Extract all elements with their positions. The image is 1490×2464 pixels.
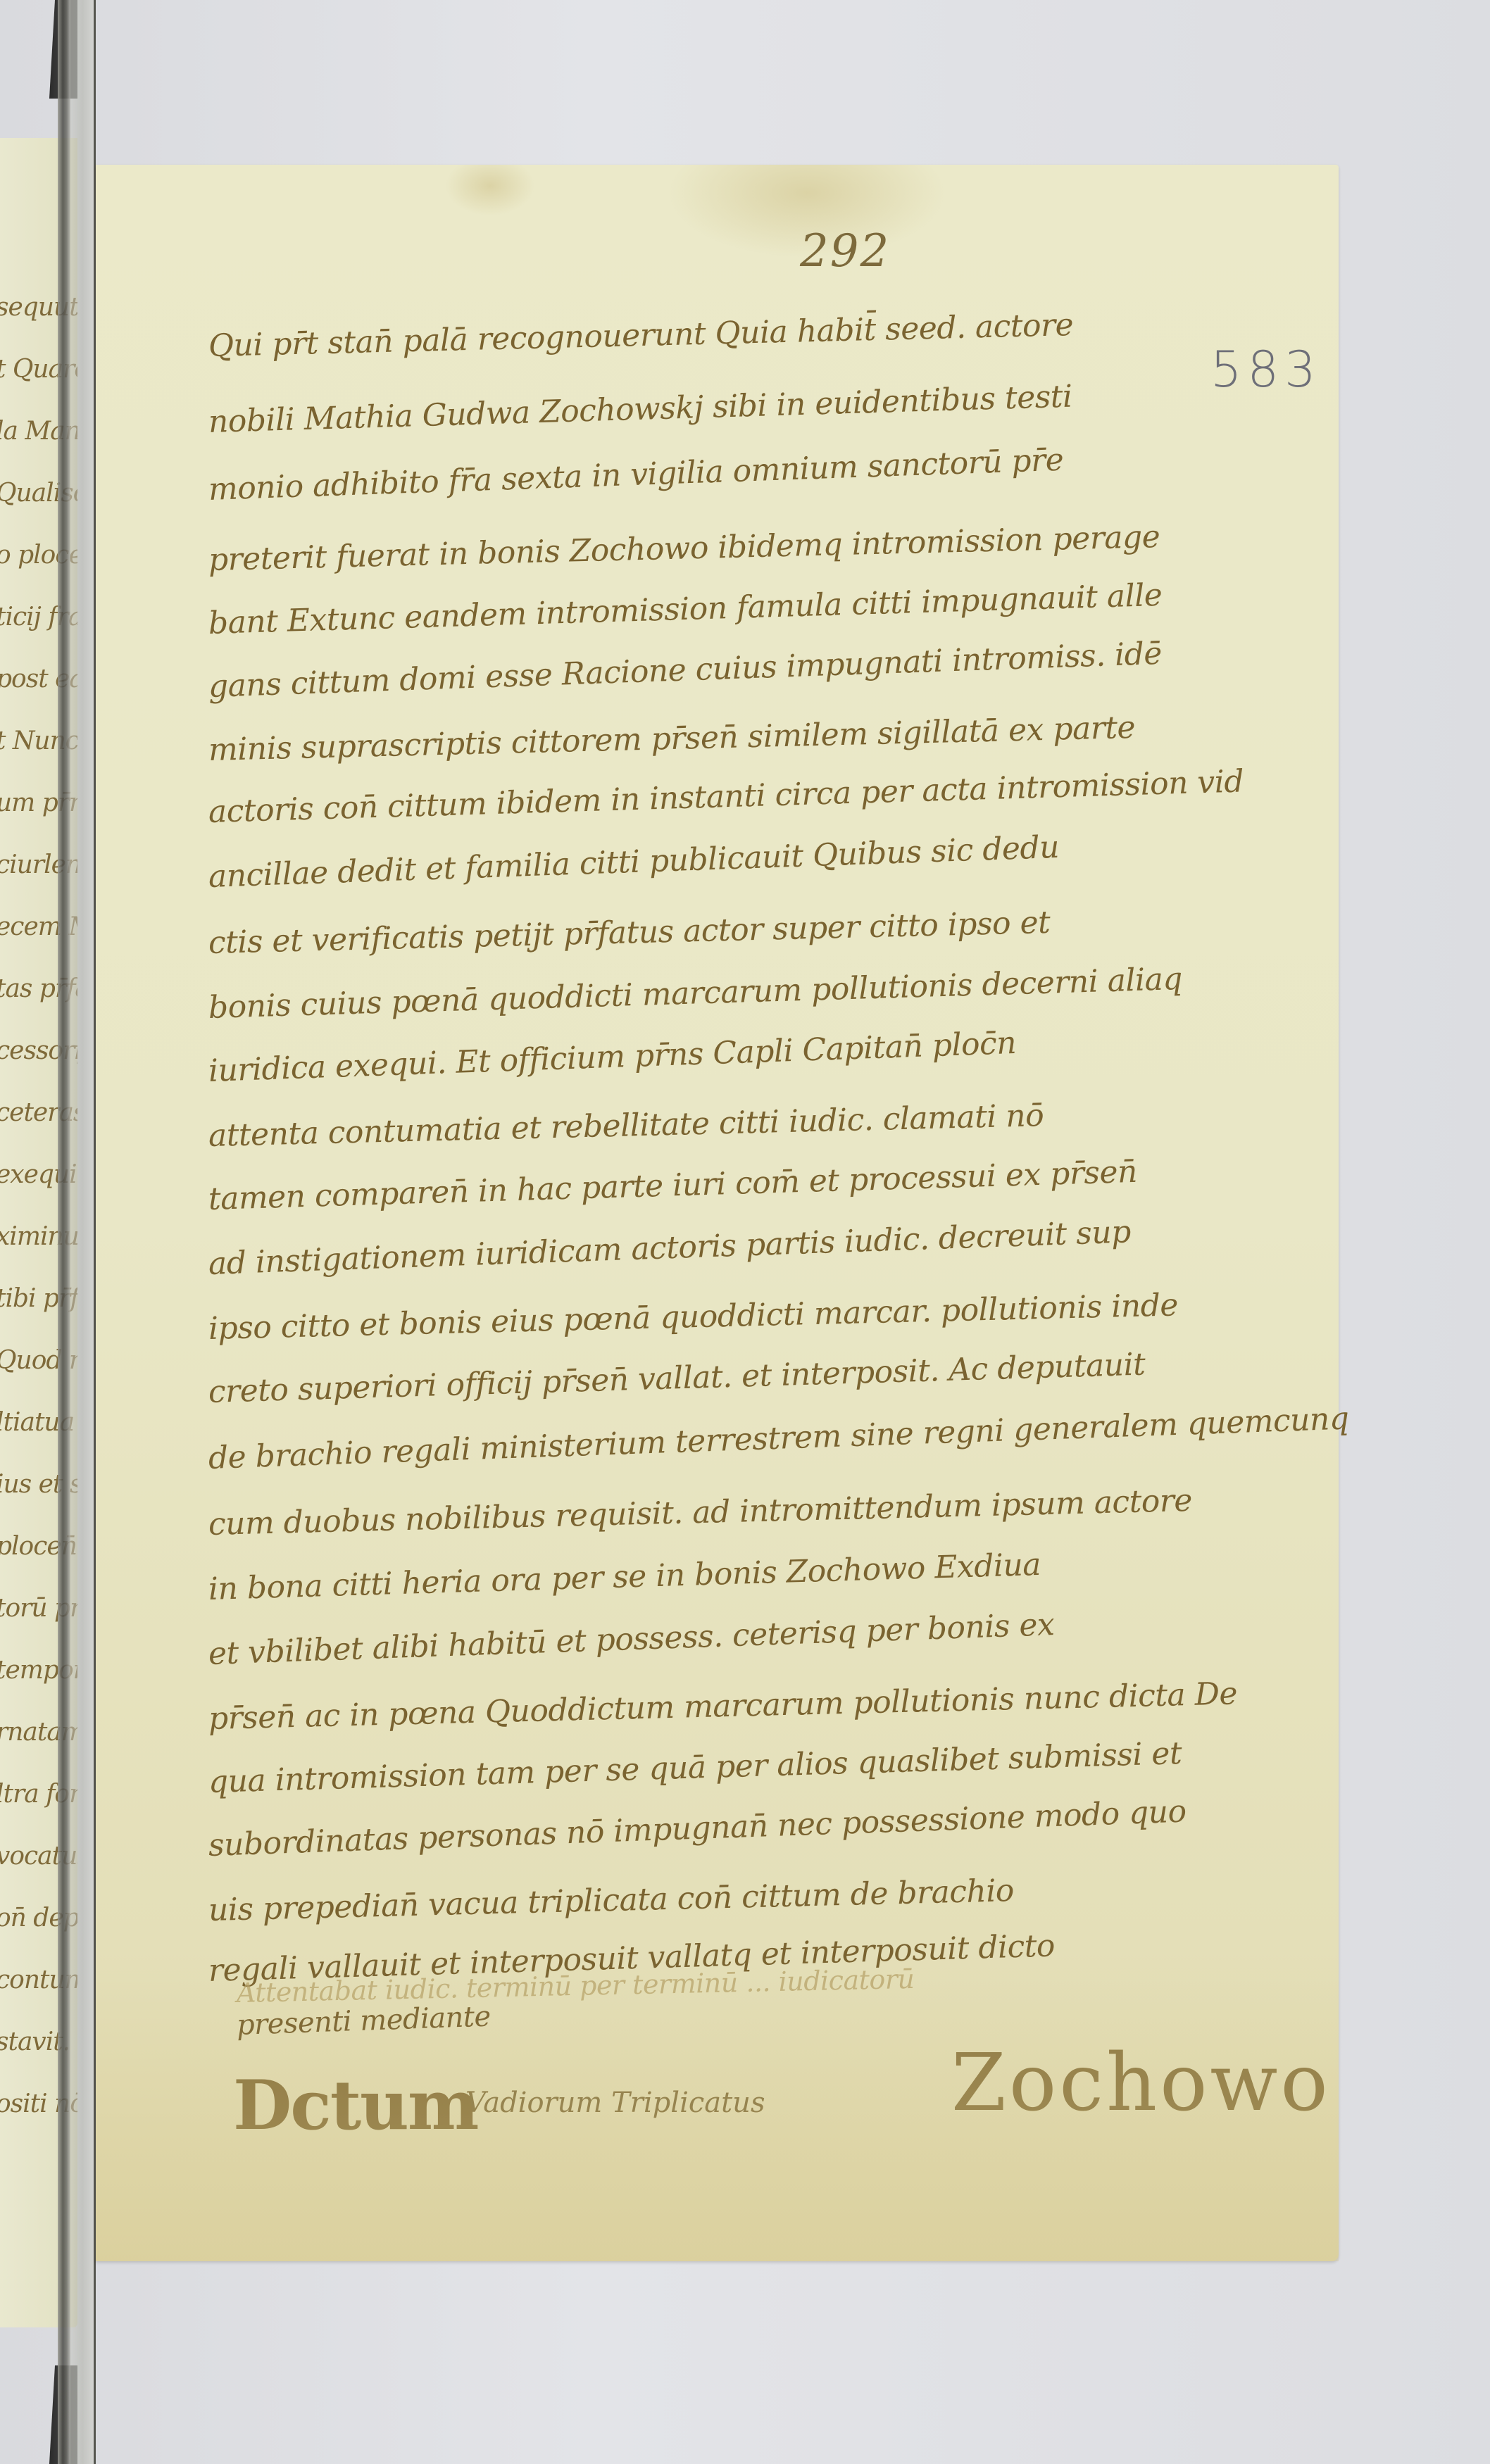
signature-middle: Vadiorum Triplicatus (465, 2087, 765, 2119)
text-line: ancillae dedit et familia citti publicau… (208, 829, 1060, 895)
text-line: in bona citti heria ora per se in bonis … (208, 1547, 1041, 1607)
text-line: et vbilibet alibi habitū et possess. cet… (208, 1607, 1055, 1672)
text-line: tamen comparen̄ in hac parte iuri com̄ e… (208, 1154, 1137, 1217)
text-line: qua intromission tam per se quā per alio… (208, 1735, 1182, 1800)
text-line: nobili Mathia Gudwa Zochowskj sibi in eu… (208, 379, 1072, 440)
text-line: de brachio regali ministerium terrestrem… (208, 1400, 1349, 1476)
text-line: ctis et verificatis petijt pr̄fatus acto… (208, 905, 1050, 961)
glass-plate-reflection (70, 0, 94, 2464)
text-line: attenta contumatia et rebellitate citti … (208, 1098, 1044, 1154)
text-line: minis suprascriptis cittorem pr̄sen̄ sim… (208, 710, 1135, 768)
text-line: actoris con̄ cittum ibidem in instanti c… (208, 763, 1244, 830)
folio-number-ink: 292 (800, 225, 890, 277)
folio-number-pencil: 583 (1210, 341, 1322, 398)
text-line: preterit fuerat in bonis Zochowo ibidemq… (208, 519, 1160, 578)
signature-block: Dctum Vadiorum Triplicatus Zochowo (233, 2037, 1289, 2157)
text-line: subordinatas personas nō impugnan̄ nec p… (208, 1794, 1187, 1863)
text-line: uis prepedian̄ vacua triplicata con̄ cit… (208, 1873, 1014, 1928)
text-line: pr̄sen̄ ac in pœna Quoddictum marcarum p… (208, 1676, 1237, 1737)
signature-place: Zochowo (951, 2037, 1331, 2129)
text-line: gans cittum domi esse Racione cuius impu… (208, 636, 1163, 705)
text-line: iuridica exequi. Et officium pr̄ns Capli… (208, 1025, 1017, 1089)
text-line: bant Extunc eandem intromission famula c… (208, 577, 1163, 641)
text-line: Qui pr̄t stan̄ palā recognouerunt Quia h… (208, 307, 1073, 364)
manuscript-page: 292 583 Qui pr̄t stan̄ palā recognouerun… (96, 165, 1339, 2261)
glass-plate-edge (58, 0, 70, 2464)
text-line: bonis cuius pœnā quoddicti marcarum poll… (208, 961, 1182, 1026)
text-line: cum duobus nobilibus requisit. ad introm… (208, 1483, 1192, 1542)
signature-left: Dctum (233, 2066, 477, 2145)
text-line: ipso citto et bonis eius pœnā quoddicti … (208, 1287, 1178, 1347)
text-line: monio adhibito fr̄a sexta in vigilia omn… (208, 442, 1064, 508)
text-line: creto superiori officij pr̄sen̄ vallat. … (208, 1347, 1146, 1410)
text-line: ad instigationem iuridicam actoris parti… (208, 1214, 1131, 1282)
